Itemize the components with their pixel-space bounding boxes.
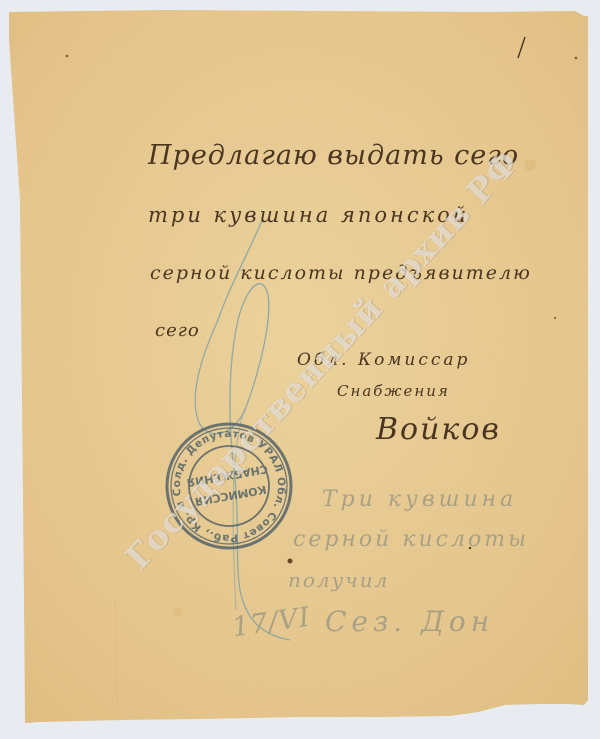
body-line-3: серной кислоты предъявителю xyxy=(150,262,532,284)
pencil-line-4: Сез. Дон xyxy=(325,605,494,638)
signature-title-2: Снабжения xyxy=(337,382,450,400)
pencil-line-1: Три кувшина xyxy=(322,487,517,512)
pencil-line-3: получил xyxy=(288,568,389,592)
signature: Войков xyxy=(376,412,501,447)
official-stamp: Обл. Совет Раб., Кр. и Солд. Депутатов У… xyxy=(163,420,295,552)
body-line-2: три кувшина японской xyxy=(148,203,469,227)
svg-text:Обл. Совет Раб., Кр. и Солд. Д: Обл. Совет Раб., Кр. и Солд. Депутатов У… xyxy=(163,420,295,552)
signature-title-1: Обл. Комиссар xyxy=(297,350,470,370)
body-line-1: Предлагаю выдать сего xyxy=(148,140,519,171)
pencil-line-2: серной кислоты xyxy=(293,527,529,552)
body-line-4: сего xyxy=(155,320,200,341)
document-scan: Предлагаю выдать сего три кувшина японск… xyxy=(0,0,600,739)
stamp-ring-text: Обл. Совет Раб., Кр. и Солд. Депутатов У… xyxy=(163,420,295,552)
